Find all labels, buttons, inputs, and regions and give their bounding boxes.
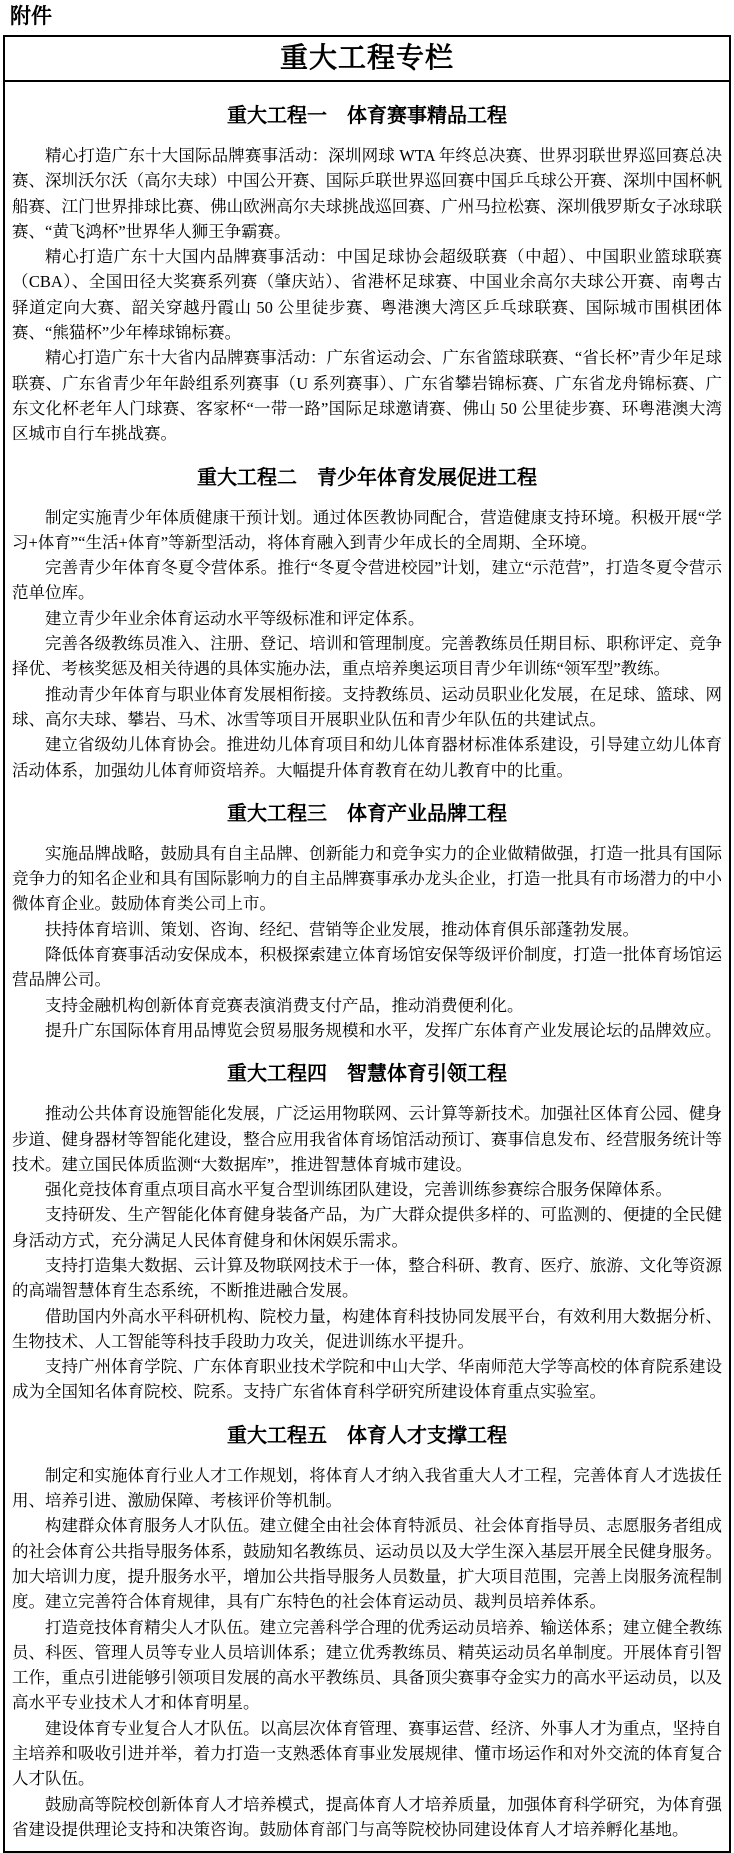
table-title: 重大工程专栏 bbox=[280, 42, 454, 73]
paragraph: 建设体育专业复合人才队伍。以高层次体育管理、赛事运营、经济、外事人才为重点，坚持… bbox=[12, 1716, 722, 1792]
paragraph: 建立青少年业余体育运动水平等级标准和评定体系。 bbox=[12, 606, 722, 631]
paragraph: 扶持体育培训、策划、咨询、经纪、营销等企业发展，推动体育俱乐部蓬勃发展。 bbox=[12, 917, 722, 942]
table-title-row: 重大工程专栏 bbox=[5, 37, 729, 82]
paragraph: 推动公共体育设施智能化发展，广泛运用物联网、云计算等新技术。加强社区体育公园、健… bbox=[12, 1101, 722, 1177]
paragraph: 鼓励高等院校创新体育人才培养模式，提高体育人才培养质量，加强体育科学研究，为体育… bbox=[12, 1792, 722, 1843]
paragraph: 推动青少年体育与职业体育发展相衔接。支持教练员、运动员职业化发展，在足球、篮球、… bbox=[12, 682, 722, 733]
paragraph: 实施品牌战略，鼓励具有自主品牌、创新能力和竞争实力的企业做精做强，打造一批具有国… bbox=[12, 841, 722, 917]
paragraph: 制定和实施体育行业人才工作规划，将体育人才纳入我省重大人才工程，完善体育人才选拔… bbox=[12, 1463, 722, 1514]
document-body: 重大工程一 体育赛事精品工程精心打造广东十大国际品牌赛事活动：深圳网球 WTA … bbox=[5, 82, 729, 1851]
paragraph: 完善青少年体育冬夏令营体系。推行“冬夏令营进校园”计划，建立“示范营”，打造冬夏… bbox=[12, 555, 722, 606]
paragraph: 降低体育赛事活动安保成本，积极探索建立体育场馆安保等级评价制度，打造一批体育场馆… bbox=[12, 942, 722, 993]
paragraph: 借助国内外高水平科研机构、院校力量，构建体育科技协同发展平台，有效利用大数据分析… bbox=[12, 1304, 722, 1355]
paragraph: 强化竞技体育重点项目高水平复合型训练团队建设，完善训练参赛综合服务保障体系。 bbox=[12, 1177, 722, 1202]
paragraph: 打造竞技体育精尖人才队伍。建立完善科学合理的优秀运动员培养、输送体系；建立健全教… bbox=[12, 1615, 722, 1716]
document: 附件 重大工程专栏 重大工程一 体育赛事精品工程精心打造广东十大国际品牌赛事活动… bbox=[0, 4, 734, 1853]
section-heading: 重大工程二 青少年体育发展促进工程 bbox=[12, 466, 722, 490]
paragraph: 支持打造集大数据、云计算及物联网技术于一体，整合科研、教育、医疗、旅游、文化等资… bbox=[12, 1253, 722, 1304]
section-heading: 重大工程三 体育产业品牌工程 bbox=[12, 802, 722, 826]
paragraph: 完善各级教练员准入、注册、登记、培训和管理制度。完善教练员任期目标、职称评定、竞… bbox=[12, 631, 722, 682]
section-heading: 重大工程一 体育赛事精品工程 bbox=[12, 104, 722, 128]
paragraph: 精心打造广东十大国内品牌赛事活动：中国足球协会超级联赛（中超）、中国职业篮球联赛… bbox=[12, 244, 722, 345]
attachment-label: 附件 bbox=[10, 4, 734, 30]
paragraph: 建立省级幼儿体育协会。推进幼儿体育项目和幼儿体育器材标准体系建设，引导建立幼儿体… bbox=[12, 732, 722, 783]
paragraph: 支持研发、生产智能化体育健身装备产品，为广大群众提供多样的、可监测的、便捷的全民… bbox=[12, 1202, 722, 1253]
section-heading: 重大工程五 体育人才支撑工程 bbox=[12, 1424, 722, 1448]
paragraph: 支持金融机构创新体育竞赛表演消费支付产品，推动消费便利化。 bbox=[12, 993, 722, 1018]
major-projects-table: 重大工程专栏 重大工程一 体育赛事精品工程精心打造广东十大国际品牌赛事活动：深圳… bbox=[3, 35, 731, 1853]
paragraph: 精心打造广东十大国际品牌赛事活动：深圳网球 WTA 年终总决赛、世界羽联世界巡回… bbox=[12, 143, 722, 244]
paragraph: 提升广东国际体育用品博览会贸易服务规模和水平，发挥广东体育产业发展论坛的品牌效应… bbox=[12, 1018, 722, 1043]
paragraph: 构建群众体育服务人才队伍。建立健全由社会体育特派员、社会体育指导员、志愿服务者组… bbox=[12, 1513, 722, 1614]
section-heading: 重大工程四 智慧体育引领工程 bbox=[12, 1062, 722, 1086]
paragraph: 制定实施青少年体质健康干预计划。通过体医教协同配合，营造健康支持环境。积极开展“… bbox=[12, 505, 722, 556]
paragraph: 精心打造广东十大省内品牌赛事活动：广东省运动会、广东省篮球联赛、“省长杯”青少年… bbox=[12, 345, 722, 446]
paragraph: 支持广州体育学院、广东体育职业技术学院和中山大学、华南师范大学等高校的体育院系建… bbox=[12, 1354, 722, 1405]
